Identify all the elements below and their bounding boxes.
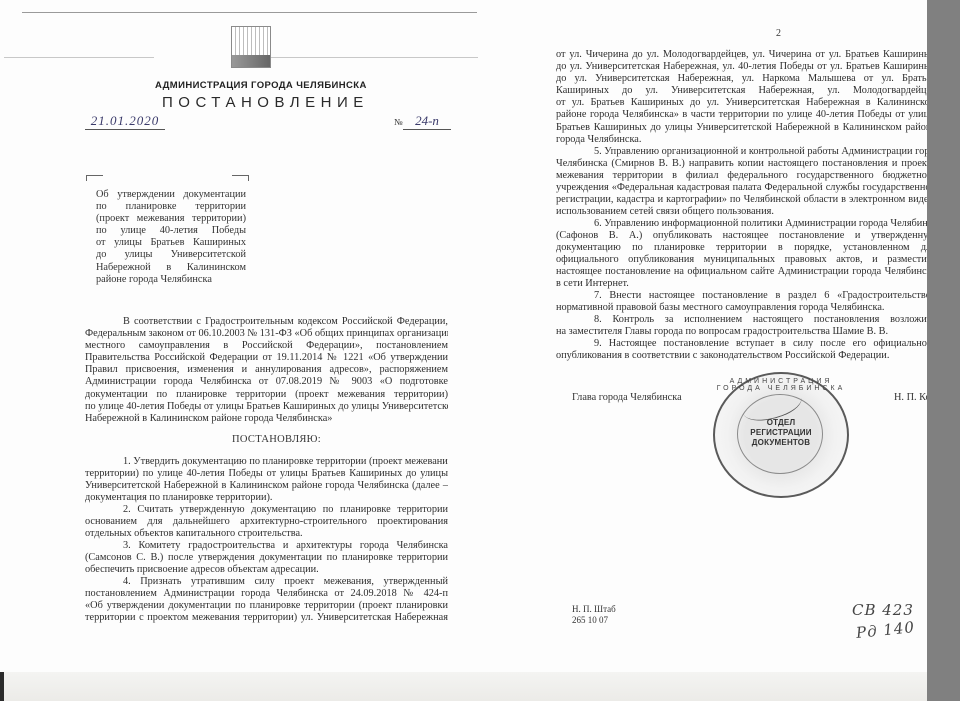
text-line: регистрации, кадастра и картографии» по … [556,194,927,206]
text-line: документацию по планировке территории в … [556,242,927,254]
admin-title: АДМИНИСТРАЦИЯ ГОРОДА ЧЕЛЯБИНСКА [155,80,355,91]
header-rule-left [4,57,154,58]
executor-phone: 265 10 07 [572,615,616,626]
header-rule-right [270,57,478,58]
top-rule [22,12,477,13]
text-line: в сети Интернет. [556,278,927,290]
item-3: 3. Комитету градостроительства и архитек… [85,540,448,576]
text-line: Правительства Российской Федерации от 19… [85,352,448,364]
coat-of-arms-icon [231,26,271,68]
text-line: (Самсонов С. В.) после утверждения докум… [85,552,448,564]
text-line: использованием сетей связи общего пользо… [556,206,927,218]
text-line: опубликования в соответствии с законодат… [556,350,927,362]
decree-word: ПОСТАНОВЛЯЮ: [232,434,321,445]
text-line: Кашириных до ул. Университетская Набереж… [556,85,927,97]
doc-number-label: № [394,117,403,127]
text-line: 9. Настоящее постановление вступает в си… [556,338,927,350]
text-line: территории с проектом межевания территор… [85,612,448,624]
subject-line: по планировке территории [96,201,246,213]
scan-left-edge [0,672,4,701]
text-line: документация по планировке территории). [85,492,448,504]
text-line: 7. Внести настоящее постановление в разд… [556,290,927,302]
text-line: «Об утверждении документации по планиров… [85,600,448,612]
text-line: 1. Утвердить документацию по планировке … [85,456,448,468]
page-number: 2 [776,28,781,39]
subject-line: (проект межевания территории) [96,213,246,225]
text-line: районе города Челябинска» в части террит… [556,109,927,121]
text-line: местного самоуправления в Российской Фед… [85,340,448,352]
text-line: отдельных объектов капитального строител… [85,528,448,540]
handwritten-note: Рд 140 [855,617,916,643]
text-line: Федеральным законом от 06.10.2003 № 131-… [85,328,448,340]
text-line: Университетской Набережной в Калининском… [85,480,448,492]
subject-line: по улице 40-летия Победы [96,225,246,237]
text-line: 6. Управлению информационной политики Ад… [556,218,927,230]
text-line: на заместителя Главы города по вопросам … [556,326,927,338]
text-line: документации по планировке территории (п… [85,389,448,401]
text-line: (Сафонов В. А.) опубликовать настоящее п… [556,230,927,242]
text-line: 3. Комитету градостроительства и архитек… [85,540,448,552]
preamble-paragraph: В соответствии с Градостроительным кодек… [85,316,448,425]
text-line: учреждения «Федеральная кадастровая пала… [556,182,927,194]
text-line: основанием для дальнейшего архитектурно-… [85,516,448,528]
subject-line: до улицы Университетской [96,249,246,261]
stamp-line: ОТДЕЛ [715,418,847,428]
text-line: 5. Управлению организационной и контроль… [556,146,927,158]
text-line: до ул. Университетская Набережная, ул. Н… [556,73,927,85]
text-line: от ул. Братьев Кашириных до ул. Универси… [556,97,927,109]
text-line: постановлением Администрации города Челя… [85,588,448,600]
item-8: 8. Контроль за исполнением настоящего по… [556,314,927,338]
subject-corner-left [86,175,103,181]
item-4: 4. Признать утратившим силу проект межев… [85,576,448,624]
signature-name: Н. П. Котова [894,392,927,403]
continuation-paragraph: от ул. Чичерина до ул. Молодогвардейцев,… [556,49,927,146]
subject-block: Об утверждении документации по планировк… [96,189,246,286]
subject-line: районе города Челябинска [96,274,246,286]
stamp-line: РЕГИСТРАЦИИ [715,428,847,438]
text-line: Набережной в Калининском районе города Ч… [85,413,448,425]
text-line: города Челябинска. [556,134,927,146]
doc-date: 21.01.2020 [85,113,165,130]
item-1: 1. Утвердить документацию по планировке … [85,456,448,504]
text-line: Администрации города Челябинска от 07.08… [85,376,448,388]
text-line: В соответствии с Градостроительным кодек… [85,316,448,328]
text-line: межевания территории в филиал федерально… [556,170,927,182]
stamp-center-text: ОТДЕЛ РЕГИСТРАЦИИ ДОКУМЕНТОВ [715,418,847,448]
text-line: официального опубликования муниципальных… [556,254,927,266]
subject-line: Об утверждении документации [96,189,246,201]
item-2: 2. Считать утвержденную документацию по … [85,504,448,540]
stamp-line: ДОКУМЕНТОВ [715,438,847,448]
text-line: настоящее постановление на официальном с… [556,266,927,278]
page-2: 2 от ул. Чичерина до ул. Молодогвардейце… [556,0,927,701]
signature-title: Глава города Челябинска [572,392,682,403]
text-line: 4. Признать утратившим силу проект межев… [85,576,448,588]
handwritten-notes: СВ 423 Рд 140 [852,600,915,640]
text-line: Братьев Кашириных до улицы Университетск… [556,122,927,134]
executor-name: Н. П. Штаб [572,604,616,615]
text-line: 2. Считать утвержденную документацию по … [85,504,448,516]
item-9: 9. Настоящее постановление вступает в си… [556,338,927,362]
text-line: по улице 40-летия Победы от улицы Братье… [85,401,448,413]
item-7: 7. Внести настоящее постановление в разд… [556,290,927,314]
item-5: 5. Управлению организационной и контроль… [556,146,927,219]
executor-block: Н. П. Штаб 265 10 07 [572,604,616,626]
text-line: обеспечить присвоение адресов объектам а… [85,564,448,576]
subject-line: Набережной в Калининском [96,262,246,274]
gray-margin [927,0,960,701]
subject-line: от улицы Братьев Кашириных [96,237,246,249]
text-line: Челябинска (Смирнов В. В.) направить коп… [556,158,927,170]
text-line: от ул. Чичерина до ул. Молодогвардейцев,… [556,49,927,61]
item-6: 6. Управлению информационной политики Ад… [556,218,927,291]
doc-number: 24-п [403,113,451,130]
text-line: территории) по улице 40-летия Победы от … [85,468,448,480]
text-line: 8. Контроль за исполнением настоящего по… [556,314,927,326]
text-line: нормативной правовой базы местного самоу… [556,302,927,314]
text-line: до ул. Университетская Набережная, ул. 4… [556,61,927,73]
doc-type-title: ПОСТАНОВЛЕНИЕ [162,94,369,111]
subject-corner-right [232,175,249,181]
text-line: Правил присвоения, изменения и аннулиров… [85,364,448,376]
